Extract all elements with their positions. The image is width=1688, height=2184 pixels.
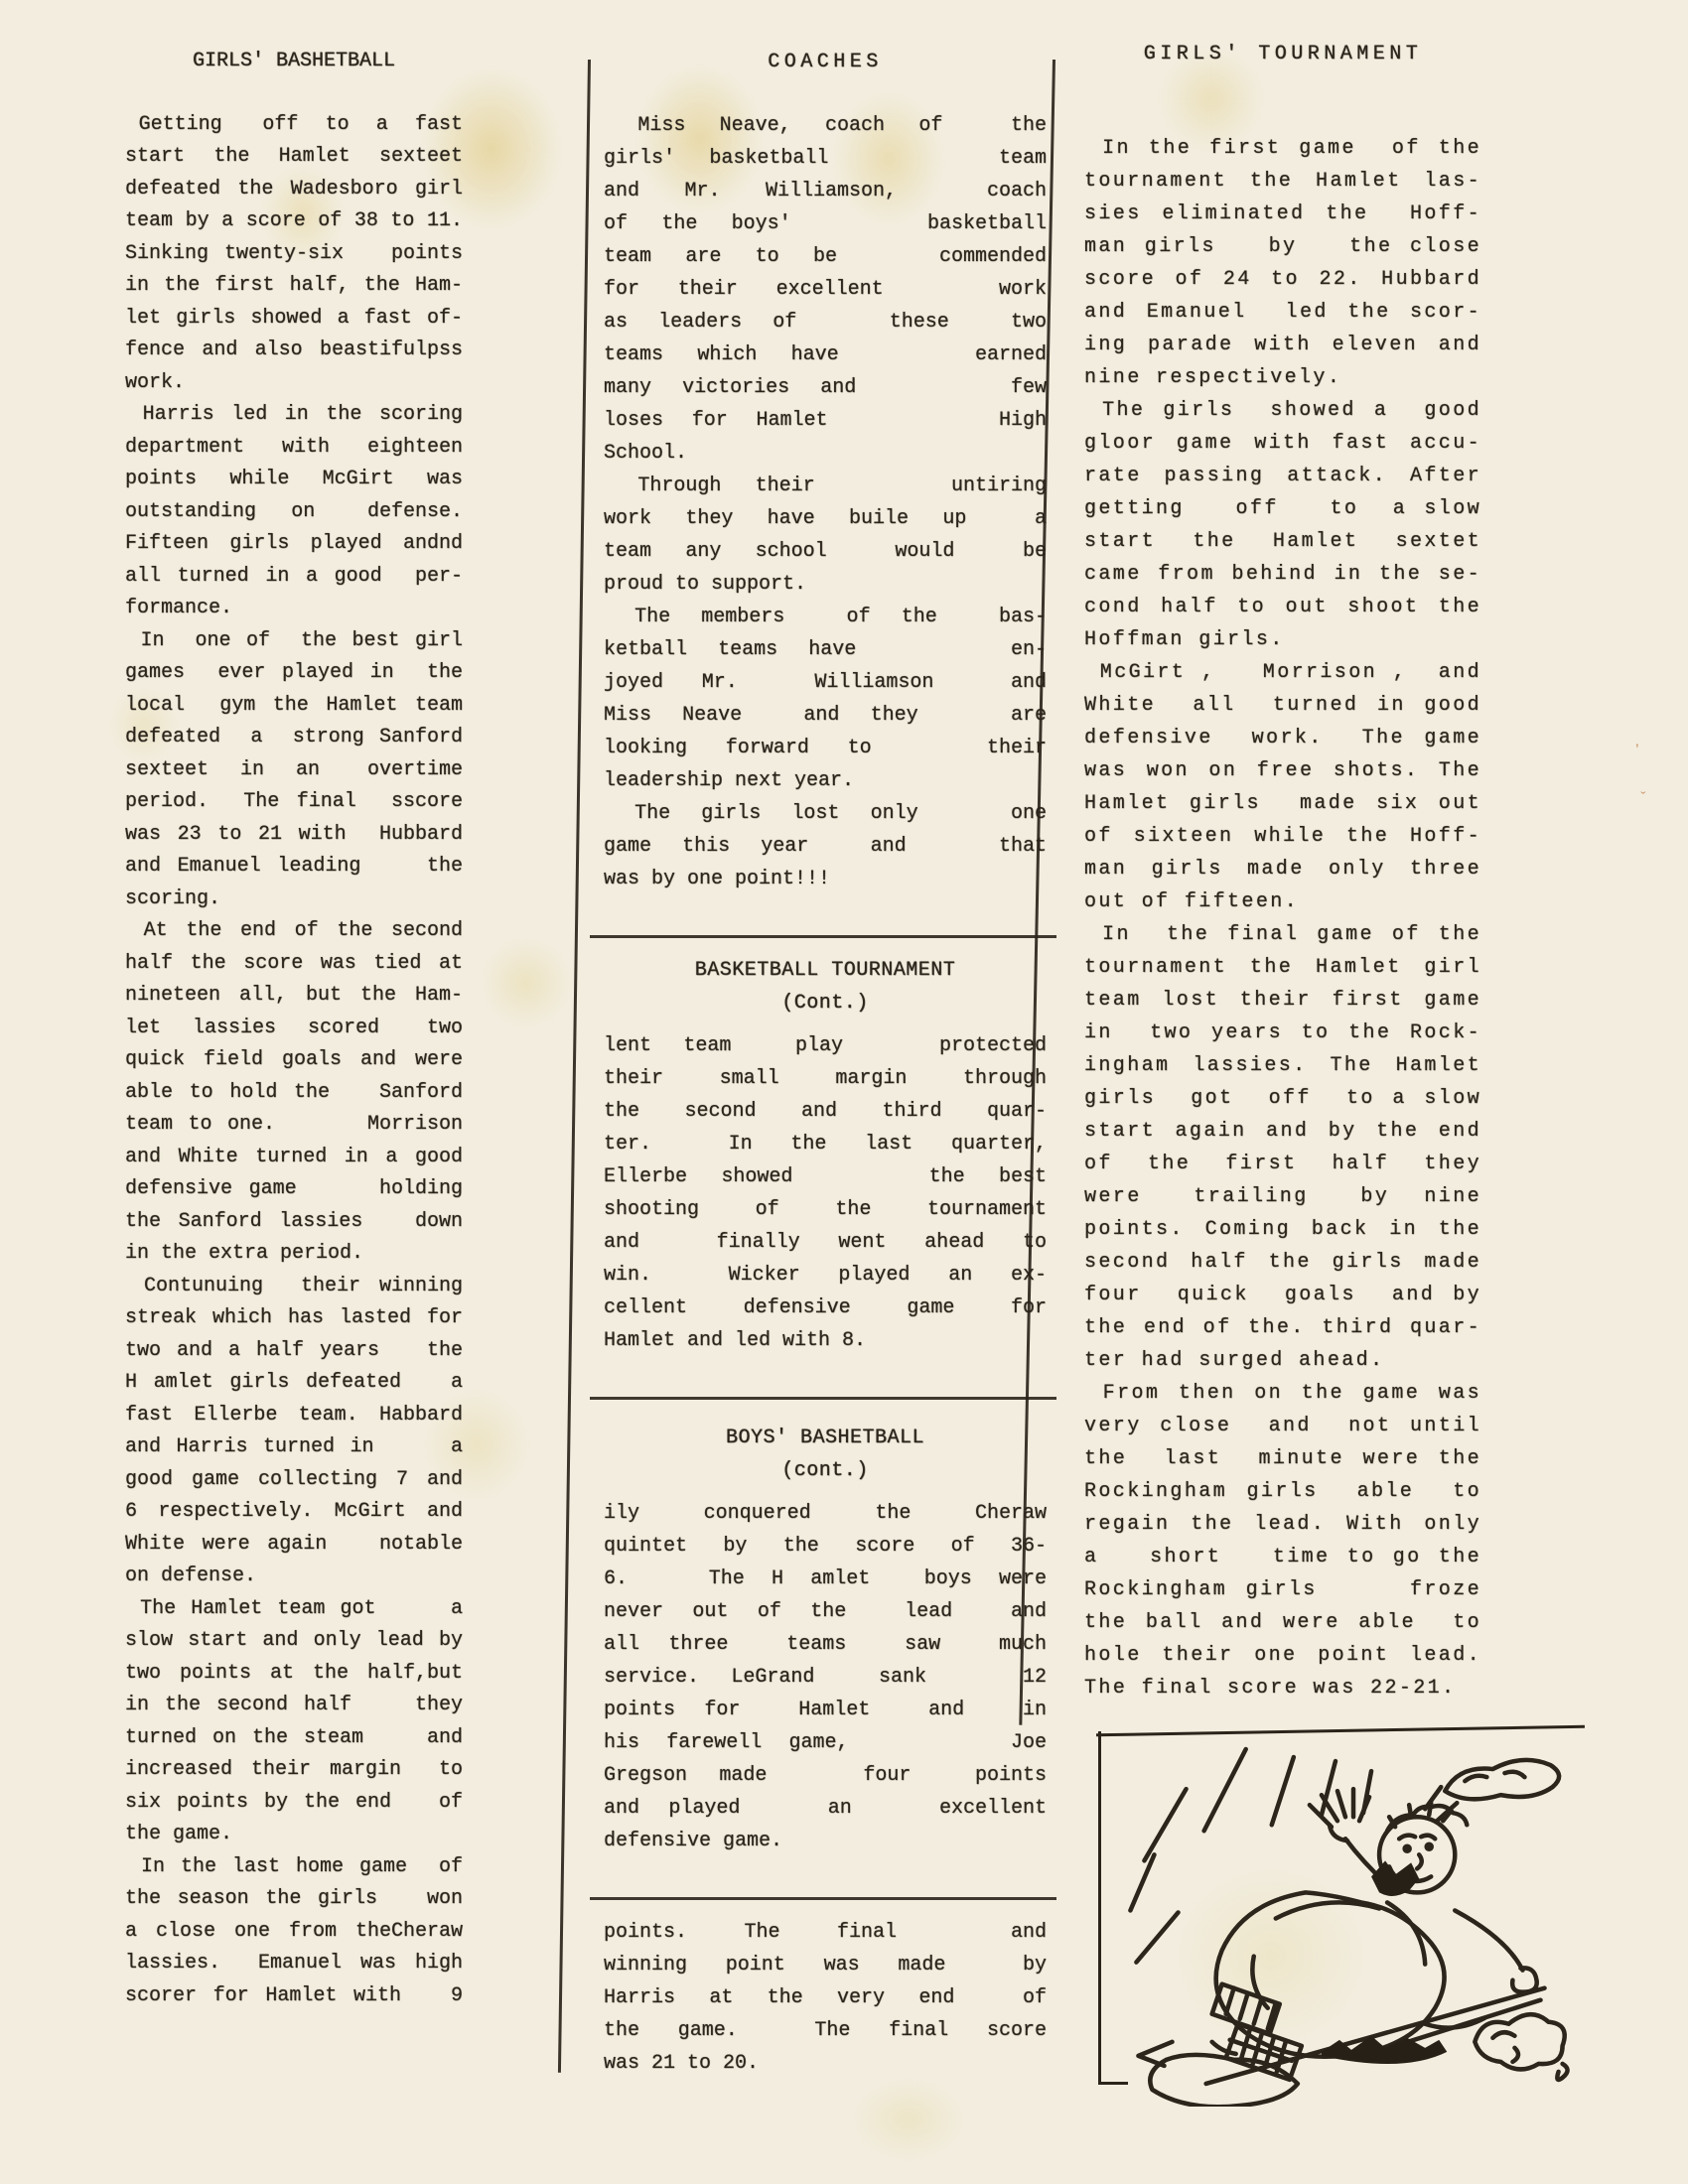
text-line: four quick goals and by xyxy=(1084,1279,1481,1311)
section: GIRLS' TOURNAMENT In the first game of t… xyxy=(1084,38,1481,1705)
text-line: on defense. xyxy=(125,1561,463,1593)
text-line: tournament the Hamlet girl xyxy=(1084,951,1481,984)
text-line: Gregson made four points xyxy=(604,1759,1047,1792)
text-line: In the first game of the xyxy=(1084,132,1481,165)
text-line: let lassies scored two xyxy=(125,1013,463,1045)
text-line: The girls lost only one xyxy=(604,797,1047,830)
section-divider-rule xyxy=(590,935,1056,938)
text-line: and Emanuel led the scor- xyxy=(1084,296,1481,329)
text-line: team any school would be xyxy=(604,535,1047,568)
section: COACHES Miss Neave, coach of thegirls' b… xyxy=(604,46,1047,895)
paragraph: The girls showed a goodgloor game with f… xyxy=(1084,394,1481,656)
text-line: the end of the. third quar- xyxy=(1084,1311,1481,1344)
text-line: leadership next year. xyxy=(604,764,1047,797)
section-divider-rule xyxy=(590,1397,1056,1400)
text-line: and finally went ahead to xyxy=(604,1226,1047,1259)
text-line: able to hold the Sanford xyxy=(125,1077,463,1110)
section-heading-line: (cont.) xyxy=(604,1454,1047,1487)
text-line: as leaders of these two xyxy=(604,306,1047,339)
ink-speck: ˇ xyxy=(1638,790,1648,808)
text-line: H amlet girls defeated a xyxy=(125,1367,463,1400)
section-heading: GIRLS' TOURNAMENT xyxy=(1084,38,1481,70)
text-line: 6 respectively. McGirt and xyxy=(125,1496,463,1529)
text-line: win. Wicker played an ex- xyxy=(604,1259,1047,1292)
text-line: lent team play protected xyxy=(604,1029,1047,1062)
paragraph: lent team play protectedtheir small marg… xyxy=(604,1029,1047,1357)
text-line: team to one. Morrison xyxy=(125,1109,463,1142)
text-line: shooting of the tournament xyxy=(604,1193,1047,1226)
text-line: nine respectively. xyxy=(1084,361,1481,394)
paragraph: ily conquered the Cherawquintet by the s… xyxy=(604,1497,1047,1857)
text-line: fence and also beastifulpss xyxy=(125,335,463,367)
section-heading-line: BOYS' BASHETBALL xyxy=(604,1422,1047,1454)
text-line: From then on the game was xyxy=(1084,1377,1481,1410)
text-line: Miss Neave and they are xyxy=(604,699,1047,732)
text-line: cond half to out shoot the xyxy=(1084,591,1481,623)
text-line: in the first half, the Ham- xyxy=(125,270,463,303)
text-line: second half the girls made xyxy=(1084,1246,1481,1279)
text-line: man girls by the close xyxy=(1084,230,1481,263)
paragraph: In the last home game ofthe season the g… xyxy=(125,1851,463,2013)
column-girls-basketball: GIRLS' BASHETBALL Getting off to a fasts… xyxy=(125,46,463,2012)
text-line: score of 24 to 22. Hubbard xyxy=(1084,263,1481,296)
text-line: out of fifteen. xyxy=(1084,886,1481,918)
column-divider-left xyxy=(558,60,591,2073)
text-line: work they have buile up a xyxy=(604,502,1047,535)
paragraph: points. The final andwinning point was m… xyxy=(604,1916,1047,2080)
text-line: looking forward to their xyxy=(604,732,1047,764)
section: GIRLS' BASHETBALL Getting off to a fasts… xyxy=(125,46,463,2012)
text-line: 6. The H amlet boys were xyxy=(604,1563,1047,1595)
newspaper-page: ʼ ˇ GIRLS' BASHETBALL Getting off to a f… xyxy=(0,0,1688,2184)
text-line: the game. xyxy=(125,1819,463,1851)
text-line: Through their untiring xyxy=(604,470,1047,502)
paragraph: The girls lost only onegame this year an… xyxy=(604,797,1047,895)
section-heading-line: GIRLS' BASHETBALL xyxy=(125,46,463,78)
text-line: ketball teams have en- xyxy=(604,633,1047,666)
paper-stain xyxy=(834,2065,983,2174)
text-line: formance. xyxy=(125,593,463,625)
text-line: the season the girls won xyxy=(125,1883,463,1916)
section-divider-rule xyxy=(590,1897,1056,1900)
text-line: Sinking twenty-six points xyxy=(125,238,463,271)
text-line: girls got off to a slow xyxy=(1084,1082,1481,1115)
text-line: White all turned in good xyxy=(1084,689,1481,722)
text-line: start the Hamlet sexteet xyxy=(125,141,463,174)
text-line: and Emanuel leading the xyxy=(125,851,463,884)
text-line: ter. In the last quarter, xyxy=(604,1128,1047,1160)
text-line: joyed Mr. Williamson and xyxy=(604,666,1047,699)
text-line: the Sanford lassies down xyxy=(125,1206,463,1239)
text-line: Miss Neave, coach of the xyxy=(604,109,1047,142)
text-line: defeated a strong Sanford xyxy=(125,722,463,754)
text-line: outstanding on defense. xyxy=(125,496,463,529)
text-line: a short time to go the xyxy=(1084,1541,1481,1573)
text-line: very close and not until xyxy=(1084,1410,1481,1442)
text-line: defensive game holding xyxy=(125,1173,463,1206)
text-line: Getting off to a fast xyxy=(125,109,463,142)
text-line: team are to be commended xyxy=(604,240,1047,273)
paragraph: The Hamlet team got aslow start and only… xyxy=(125,1593,463,1851)
text-line: a close one from theCheraw xyxy=(125,1916,463,1949)
text-line: two points at the half,but xyxy=(125,1658,463,1691)
paper-stain xyxy=(467,923,586,1042)
text-line: winning point was made by xyxy=(604,1949,1047,1981)
text-line: The members of the bas- xyxy=(604,601,1047,633)
text-line: lassies. Emanuel was high xyxy=(125,1948,463,1980)
paragraph: Contunuing their winningstreak which has… xyxy=(125,1271,463,1593)
paragraph: McGirt , Morrison , andWhite all turned … xyxy=(1084,656,1481,918)
text-line: and Mr. Williamson, coach xyxy=(604,175,1047,207)
text-line: was 21 to 20. xyxy=(604,2047,1047,2080)
text-line: ter had surged ahead. xyxy=(1084,1344,1481,1377)
text-line: half the score was tied at xyxy=(125,948,463,981)
text-line: sexteet in an overtime xyxy=(125,754,463,787)
text-line: of the boys' basketball xyxy=(604,207,1047,240)
text-line: Harris at the very end of xyxy=(604,1981,1047,2014)
text-line: teams which have earned xyxy=(604,339,1047,371)
text-line: team by a score of 38 to 11. xyxy=(125,205,463,238)
ink-speck: ʼ xyxy=(1632,743,1642,760)
text-line: proud to support. xyxy=(604,568,1047,601)
text-line: defeated the Wadesboro girl xyxy=(125,174,463,206)
text-line: were trailing by nine xyxy=(1084,1180,1481,1213)
text-line: streak which has lasted for xyxy=(125,1302,463,1335)
text-line: their small margin through xyxy=(604,1062,1047,1095)
text-line: all three teams saw much xyxy=(604,1628,1047,1661)
text-line: In the last home game of xyxy=(125,1851,463,1884)
text-line: the second and third quar- xyxy=(604,1095,1047,1128)
text-line: Hamlet girls made six out xyxy=(1084,787,1481,820)
text-line: McGirt , Morrison , and xyxy=(1084,656,1481,689)
text-line: Ellerbe showed the best xyxy=(604,1160,1047,1193)
text-line: scorer for Hamlet with 9 xyxy=(125,1980,463,2013)
section-heading-line: (Cont.) xyxy=(604,987,1047,1020)
text-line: The girls showed a good xyxy=(1084,394,1481,427)
text-line: and played an excellent xyxy=(604,1792,1047,1825)
text-line: girls' basketball team xyxy=(604,142,1047,175)
text-line: points. The final and xyxy=(604,1916,1047,1949)
text-line: games ever played in the xyxy=(125,657,463,690)
text-line: man girls made only three xyxy=(1084,853,1481,886)
paragraph: In one of the best girlgames ever played… xyxy=(125,625,463,916)
text-line: turned on the steam and xyxy=(125,1722,463,1755)
text-line: the ball and were able to xyxy=(1084,1606,1481,1639)
text-line: was won on free shots. The xyxy=(1084,754,1481,787)
text-line: service. LeGrand sank 12 xyxy=(604,1661,1047,1694)
text-line: let girls showed a fast of- xyxy=(125,303,463,336)
text-line: School. xyxy=(604,437,1047,470)
text-line: the game. The final score xyxy=(604,2014,1047,2047)
text-line: rate passing attack. After xyxy=(1084,460,1481,492)
text-line: in two years to the Rock- xyxy=(1084,1017,1481,1049)
cartoon-frame-top-rule xyxy=(1096,1725,1585,1737)
text-line: tournament the Hamlet las- xyxy=(1084,165,1481,198)
section-heading: BASKETBALL TOURNAMENT(Cont.) xyxy=(604,954,1047,1020)
text-line: never out of the lead and xyxy=(604,1595,1047,1628)
text-line: nineteen all, but the Ham- xyxy=(125,980,463,1013)
basketball-player-cartoon xyxy=(1126,1743,1575,2107)
text-line: ing parade with eleven and xyxy=(1084,329,1481,361)
section: BOYS' BASHETBALL(cont.)ily conquered the… xyxy=(604,1397,1047,1857)
paragraph: From then on the game wasvery close and … xyxy=(1084,1377,1481,1705)
text-line: in the extra period. xyxy=(125,1238,463,1271)
cartoon-frame-left-rule xyxy=(1098,1731,1101,2085)
text-line: Contunuing their winning xyxy=(125,1271,463,1303)
section: BASKETBALL TOURNAMENT(Cont.)lent team pl… xyxy=(604,935,1047,1357)
section-heading-line: COACHES xyxy=(604,46,1047,78)
text-line: good game collecting 7 and xyxy=(125,1464,463,1497)
text-line: six points by the end of xyxy=(125,1787,463,1820)
text-line: for their excellent work xyxy=(604,273,1047,306)
text-line: many victories and few xyxy=(604,371,1047,404)
text-line: loses for Hamlet High xyxy=(604,404,1047,437)
text-line: Hamlet and led with 8. xyxy=(604,1324,1047,1357)
paragraph: Getting off to a faststart the Hamlet se… xyxy=(125,109,463,400)
text-line: The final score was 22-21. xyxy=(1084,1672,1481,1705)
text-line: was by one point!!! xyxy=(604,863,1047,895)
section: points. The final andwinning point was m… xyxy=(604,1897,1047,2080)
paragraph: The members of the bas-ketball teams hav… xyxy=(604,601,1047,797)
text-line: The Hamlet team got a xyxy=(125,1593,463,1626)
text-line: work. xyxy=(125,367,463,400)
text-line: defensive work. The game xyxy=(1084,722,1481,754)
text-line: quick field goals and were xyxy=(125,1044,463,1077)
text-line: defensive game. xyxy=(604,1825,1047,1857)
column-coaches: COACHES Miss Neave, coach of thegirls' b… xyxy=(604,46,1047,2080)
text-line: department with eighteen xyxy=(125,432,463,465)
text-line: points. Coming back in the xyxy=(1084,1213,1481,1246)
text-line: ingham lassies. The Hamlet xyxy=(1084,1049,1481,1082)
text-line: Rockingham girls able to xyxy=(1084,1475,1481,1508)
text-line: game this year and that xyxy=(604,830,1047,863)
text-line: hole their one point lead. xyxy=(1084,1639,1481,1672)
text-line: sies eliminated the Hoff- xyxy=(1084,198,1481,230)
text-line: came from behind in the se- xyxy=(1084,558,1481,591)
text-line: local gym the Hamlet team xyxy=(125,690,463,723)
text-line: in the second half they xyxy=(125,1690,463,1722)
section-heading-line: BASKETBALL TOURNAMENT xyxy=(604,954,1047,987)
text-line: Fifteen girls played andnd xyxy=(125,528,463,561)
text-line: start the Hamlet sextet xyxy=(1084,525,1481,558)
text-line: scoring. xyxy=(125,884,463,916)
text-line: and Harris turned in a xyxy=(125,1432,463,1464)
text-line: Rockingham girls froze xyxy=(1084,1573,1481,1606)
text-line: of the first half they xyxy=(1084,1148,1481,1180)
text-line: cellent defensive game for xyxy=(604,1292,1047,1324)
text-line: points for Hamlet and in xyxy=(604,1694,1047,1726)
text-line: Harris led in the scoring xyxy=(125,399,463,432)
text-line: start again and by the end xyxy=(1084,1115,1481,1148)
text-line: regain the lead. With only xyxy=(1084,1508,1481,1541)
text-line: was 23 to 21 with Hubbard xyxy=(125,819,463,852)
paragraph: At the end of the secondhalf the score w… xyxy=(125,915,463,1271)
section-heading-line: GIRLS' TOURNAMENT xyxy=(1084,38,1481,70)
paragraph: Harris led in the scoringdepartment with… xyxy=(125,399,463,625)
paragraph: In the first game of thetournament the H… xyxy=(1084,132,1481,394)
text-line: two and a half years the xyxy=(125,1335,463,1368)
text-line: points while McGirt was xyxy=(125,464,463,496)
text-line: gloor game with fast accu- xyxy=(1084,427,1481,460)
text-line: At the end of the second xyxy=(125,915,463,948)
paragraph: Through their untiringwork they have bui… xyxy=(604,470,1047,601)
text-line: the last minute were the xyxy=(1084,1442,1481,1475)
paragraph: In the final game of thetournament the H… xyxy=(1084,918,1481,1377)
text-line: and White turned in a good xyxy=(125,1142,463,1174)
text-line: ily conquered the Cheraw xyxy=(604,1497,1047,1530)
text-line: fast Ellerbe team. Habbard xyxy=(125,1400,463,1433)
text-line: of sixteen while the Hoff- xyxy=(1084,820,1481,853)
text-line: team lost their first game xyxy=(1084,984,1481,1017)
text-line: White were again notable xyxy=(125,1529,463,1562)
text-line: increased their margin to xyxy=(125,1754,463,1787)
column-girls-tournament: GIRLS' TOURNAMENT In the first game of t… xyxy=(1084,38,1481,1705)
text-line: In one of the best girl xyxy=(125,625,463,658)
text-line: period. The final sscore xyxy=(125,786,463,819)
text-line: Hoffman girls. xyxy=(1084,623,1481,656)
text-line: slow start and only lead by xyxy=(125,1625,463,1658)
section-heading: GIRLS' BASHETBALL xyxy=(125,46,463,78)
section-heading: COACHES xyxy=(604,46,1047,78)
text-line: his farewell game, Joe xyxy=(604,1726,1047,1759)
paragraph: Miss Neave, coach of thegirls' basketbal… xyxy=(604,109,1047,470)
text-line: In the final game of the xyxy=(1084,918,1481,951)
section-heading: BOYS' BASHETBALL(cont.) xyxy=(604,1422,1047,1487)
text-line: quintet by the score of 36- xyxy=(604,1530,1047,1563)
text-line: all turned in a good per- xyxy=(125,561,463,594)
text-line: getting off to a slow xyxy=(1084,492,1481,525)
